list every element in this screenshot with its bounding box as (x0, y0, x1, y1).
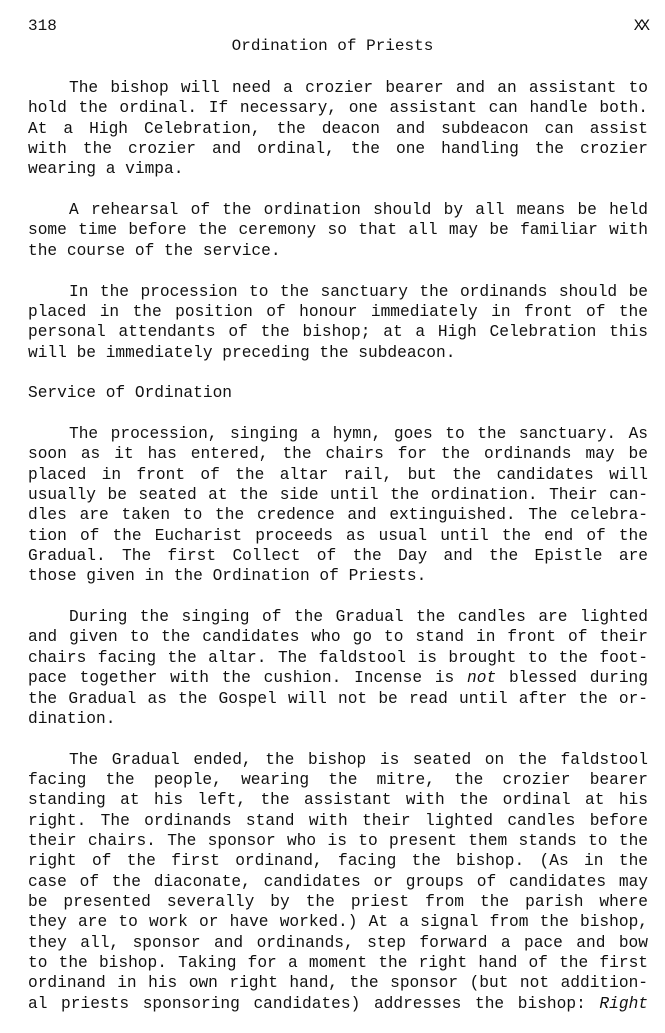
paragraph-line: standing at his left, the assistant with… (28, 790, 648, 810)
emphasis: Right (599, 995, 648, 1013)
paragraph-line: those given in the Ordination of Priests… (28, 566, 648, 586)
paragraph-line: The bishop will need a crozier bearer an… (28, 78, 648, 98)
paragraph-line: At a High Celebration, the deacon and su… (28, 119, 648, 139)
emphasis: not (467, 669, 496, 687)
paragraph-line: Gradual. The first Collect of the Day an… (28, 546, 648, 566)
paragraph-line: will be immediately preceding the subdea… (28, 343, 648, 363)
paragraph-line: right. The ordinands stand with their li… (28, 811, 648, 831)
paragraph-line: to the bishop. Taking for a moment the r… (28, 953, 648, 973)
paragraph-line: personal attendants of the bishop; at a … (28, 322, 648, 342)
paragraph-line: In the procession to the sanctuary the o… (28, 282, 648, 302)
paragraph-line: chairs facing the altar. The faldstool i… (28, 648, 648, 668)
paragraph-line: dles are taken to the credence and extin… (28, 505, 648, 525)
paragraph-line: they all, sponsor and ordinands, step fo… (28, 933, 648, 953)
paragraph-line: dination. (28, 709, 648, 729)
page-title: Ordination of Priests (0, 37, 665, 55)
paragraph-line: soon as it has entered, the chairs for t… (28, 444, 648, 464)
paragraph-line: pace together with the cushion. Incense … (28, 668, 648, 688)
paragraph-line: During the singing of the Gradual the ca… (28, 607, 648, 627)
section-heading: Service of Ordination (28, 383, 648, 403)
paragraph-line: the Gradual as the Gospel will not be re… (28, 689, 648, 709)
paragraph-line: their chairs. The sponsor who is to pres… (28, 831, 648, 851)
paragraph-line: The Gradual ended, the bishop is seated … (28, 750, 648, 770)
section-marker: XX (634, 17, 647, 35)
paragraph-line: The procession, singing a hymn, goes to … (28, 424, 648, 444)
paragraph-line: and given to the candidates who go to st… (28, 627, 648, 647)
paragraph-line: some time before the ceremony so that al… (28, 220, 648, 240)
paragraph-line: A rehearsal of the ordination should by … (28, 200, 648, 220)
paragraph-line: usually be seated at the side until the … (28, 485, 648, 505)
paragraph-line: placed in front of the altar rail, but t… (28, 465, 648, 485)
paragraph-line: al priests sponsoring candidates) addres… (28, 994, 648, 1014)
paragraph-line: placed in the position of honour immedia… (28, 302, 648, 322)
page-number: 318 (28, 17, 57, 35)
paragraph-line: be presented severally by the priest fro… (28, 892, 648, 912)
paragraph-line: right of the first ordinand, facing the … (28, 851, 648, 871)
paragraph-line: they are to work or have worked.) At a s… (28, 912, 648, 932)
paragraph-line: with the crozier and ordinal, the one ha… (28, 139, 648, 159)
paragraph-line: the course of the service. (28, 241, 648, 261)
paragraph-line: facing the people, wearing the mitre, th… (28, 770, 648, 790)
paragraph-line: tion of the Eucharist proceeds as usual … (28, 526, 648, 546)
paragraph-line: hold the ordinal. If necessary, one assi… (28, 98, 648, 118)
paragraph-line: wearing a vimpa. (28, 159, 648, 179)
paragraph-line: case of the diaconate, candidates or gro… (28, 872, 648, 892)
paragraph-line: ordinand in his own right hand, the spon… (28, 973, 648, 993)
